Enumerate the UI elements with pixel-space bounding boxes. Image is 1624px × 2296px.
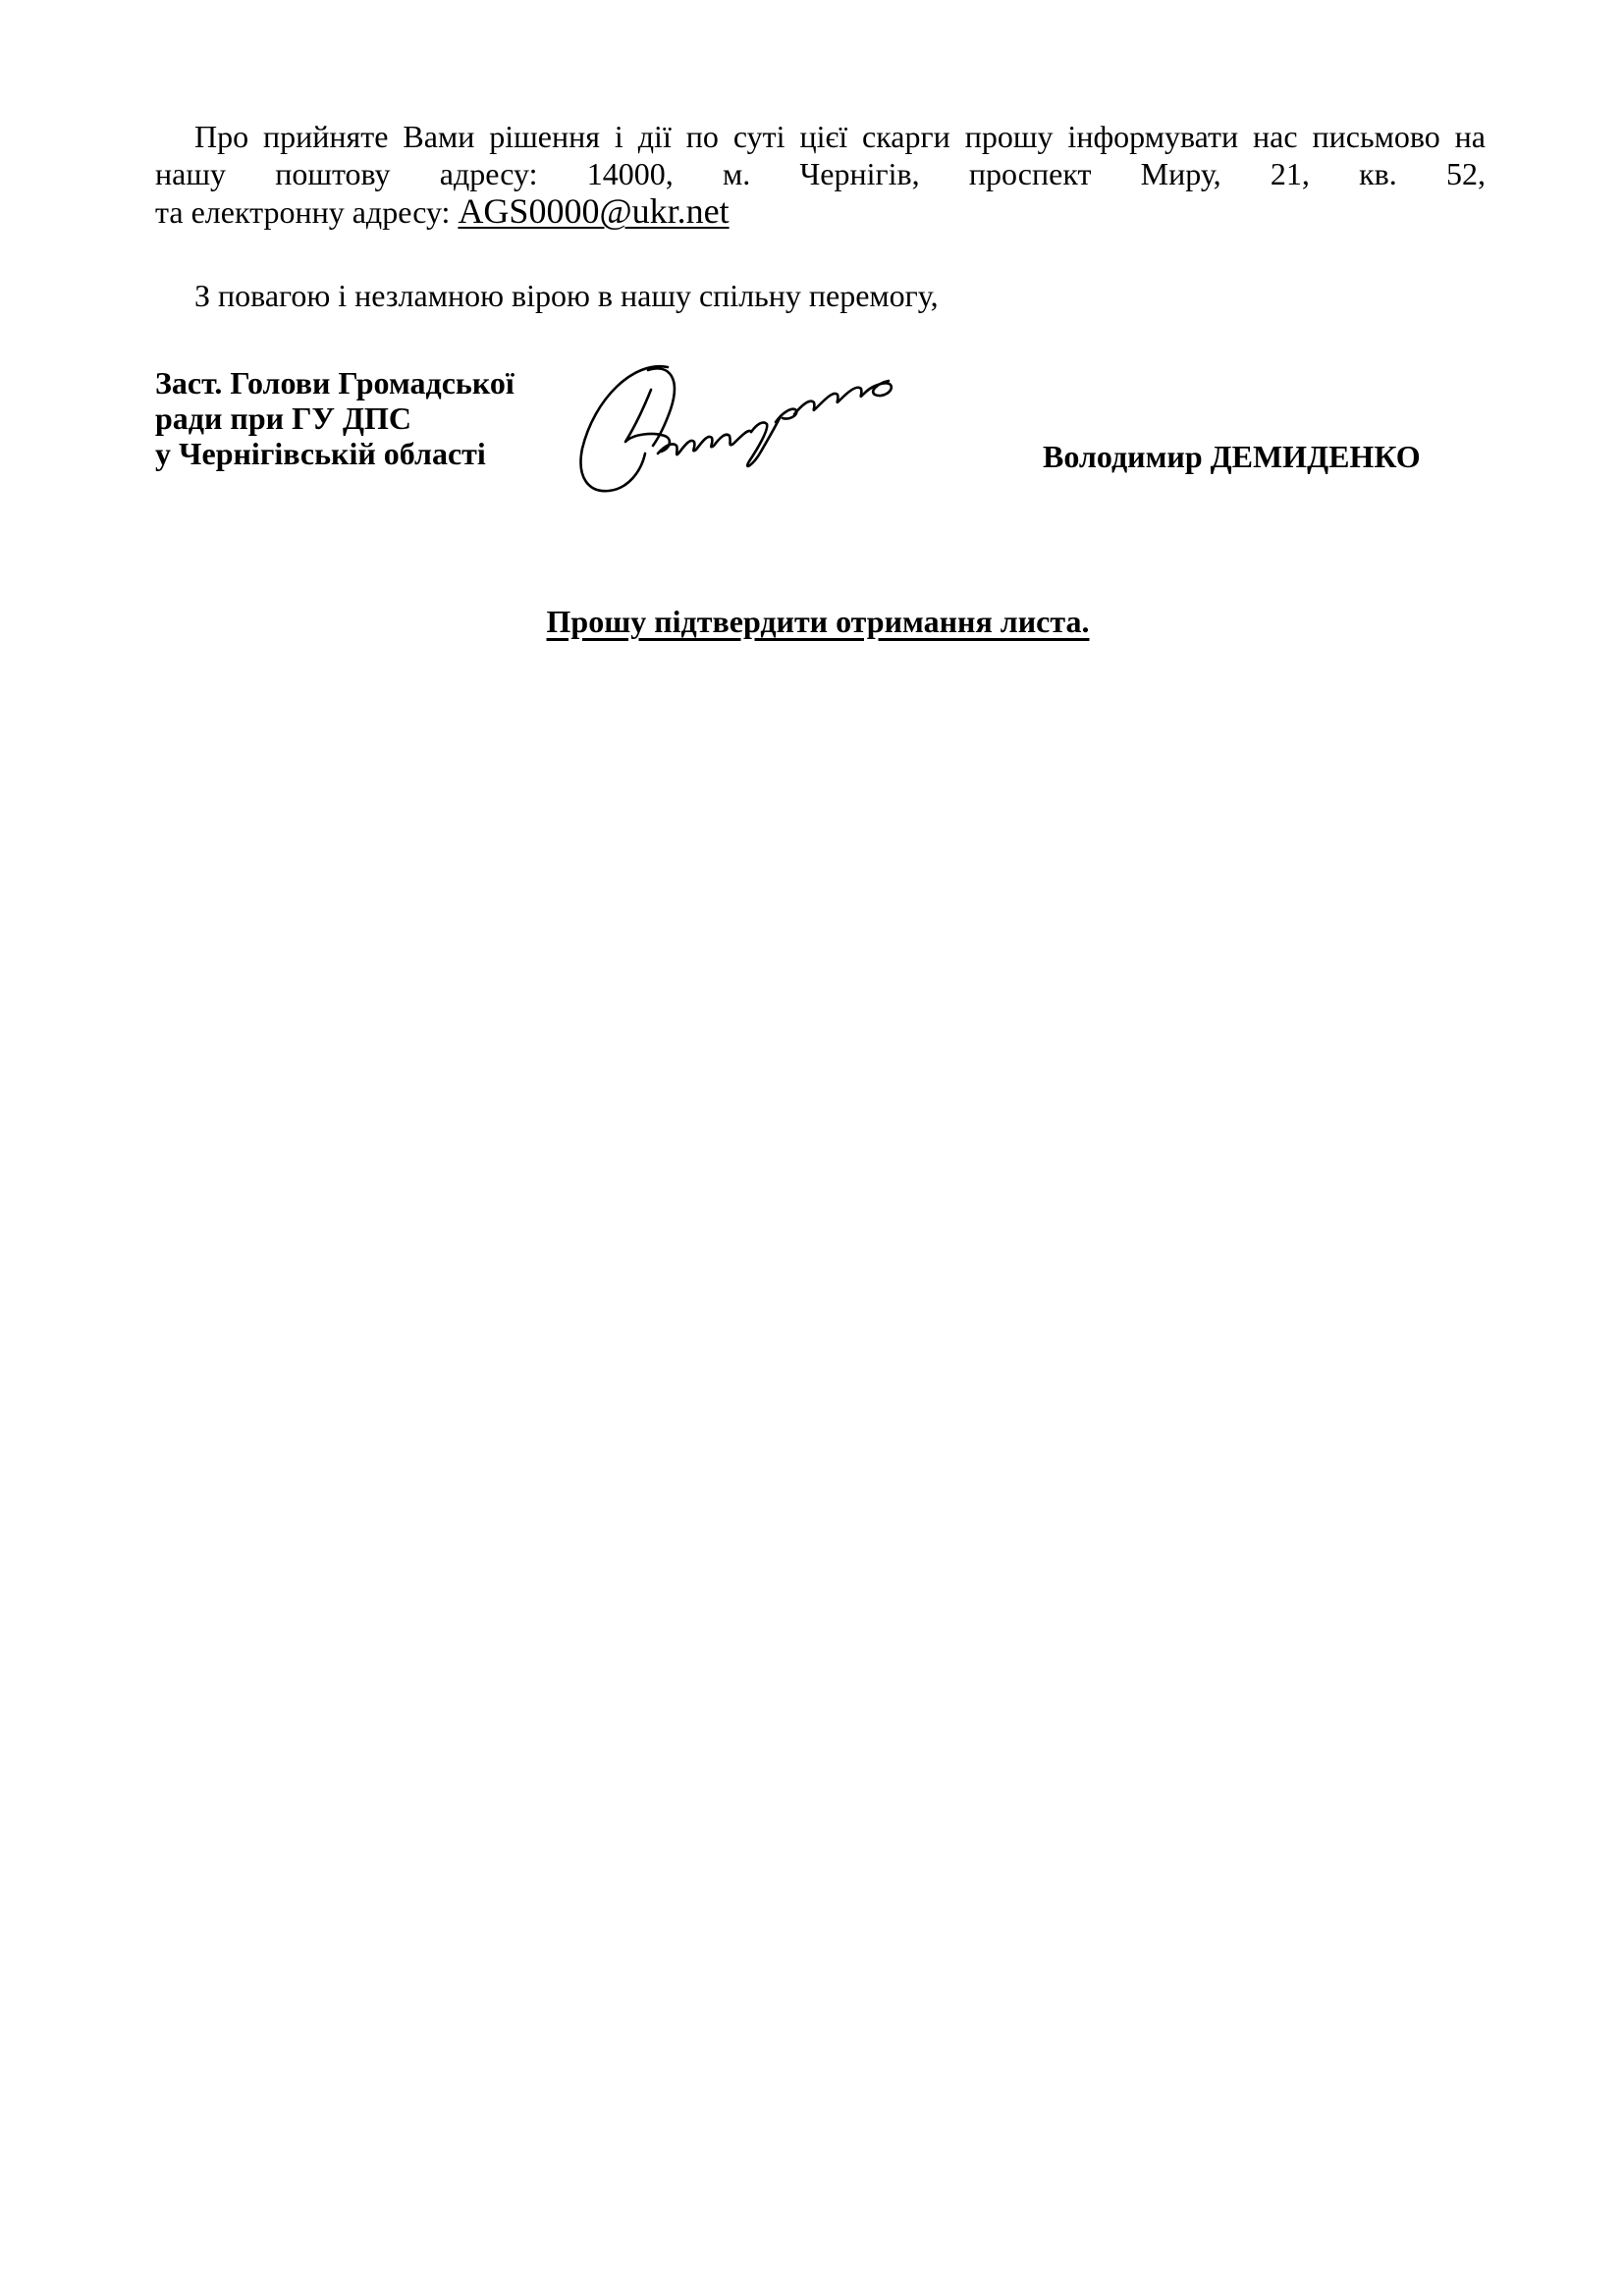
email-link[interactable]: AGS0000@ukr.net: [458, 191, 729, 231]
position-line-2: ради при ГУ ДПС: [155, 400, 514, 436]
handwritten-signature-icon: [574, 355, 903, 498]
confirmation-request-text: Прошу підтвердити отримання листа.: [535, 604, 1090, 639]
email-label: та електронну адресу:: [155, 194, 458, 230]
confirmation-request: Прошу підтвердити отримання листа.: [0, 604, 1624, 639]
closing-request-paragraph: Про прийняте Вами рішення і дії по суті …: [155, 118, 1486, 231]
position-line-1: Заст. Голови Громадської: [155, 365, 514, 400]
document-page: Про прийняте Вами рішення і дії по суті …: [0, 0, 1624, 2296]
position-line-3: у Чернігівській області: [155, 436, 514, 471]
paragraph-line-2: нашу поштову адресу: 14000, м. Чернігів,…: [155, 155, 1486, 192]
paragraph-line-1: Про прийняте Вами рішення і дії по суті …: [155, 118, 1486, 155]
signer-name: Володимир ДЕМИДЕНКО: [1043, 439, 1421, 474]
paragraph-line-3: та електронну адресу: AGS0000@ukr.net: [155, 192, 1486, 231]
regards-paragraph: З повагою і незламною вірою в нашу спіль…: [194, 277, 1471, 314]
signer-position: Заст. Голови Громадської ради при ГУ ДПС…: [155, 365, 514, 471]
